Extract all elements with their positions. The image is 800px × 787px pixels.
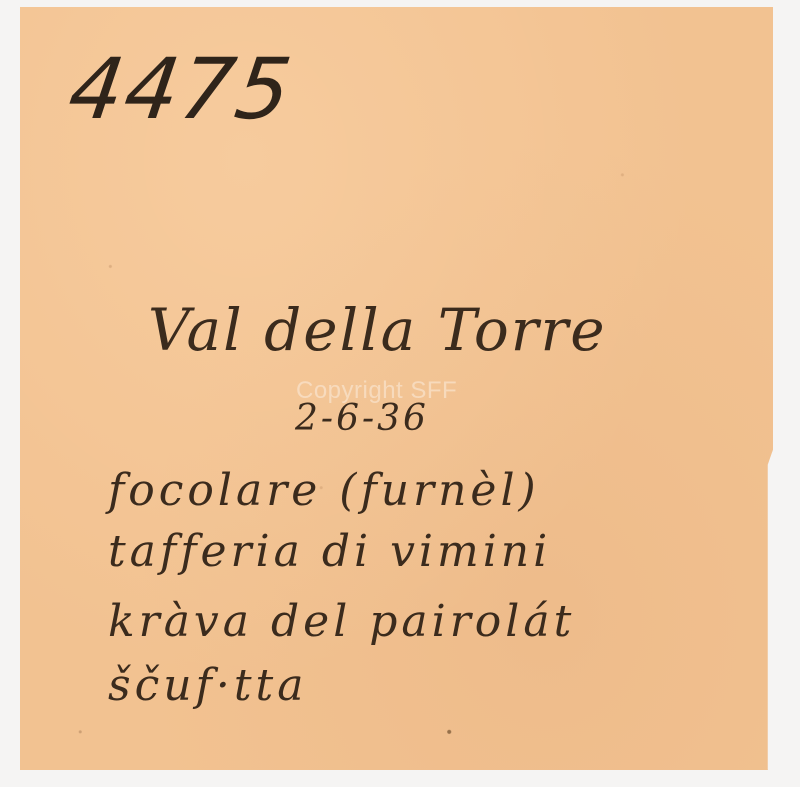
entry-line: focolare (furnèl) — [108, 465, 540, 516]
entry-line: tafferia di vimini — [108, 526, 551, 577]
catalog-number: 4475 — [63, 40, 299, 138]
entry-line: kràva del pairolát — [108, 596, 575, 647]
copyright-watermark: Copyright SFF — [296, 377, 457, 405]
place-name: Val della Torre — [148, 296, 607, 364]
entry-line: ščuf·tta — [108, 660, 307, 711]
scan-background: 4475 Val della Torre 2-6-36 focolare (fu… — [0, 0, 800, 787]
